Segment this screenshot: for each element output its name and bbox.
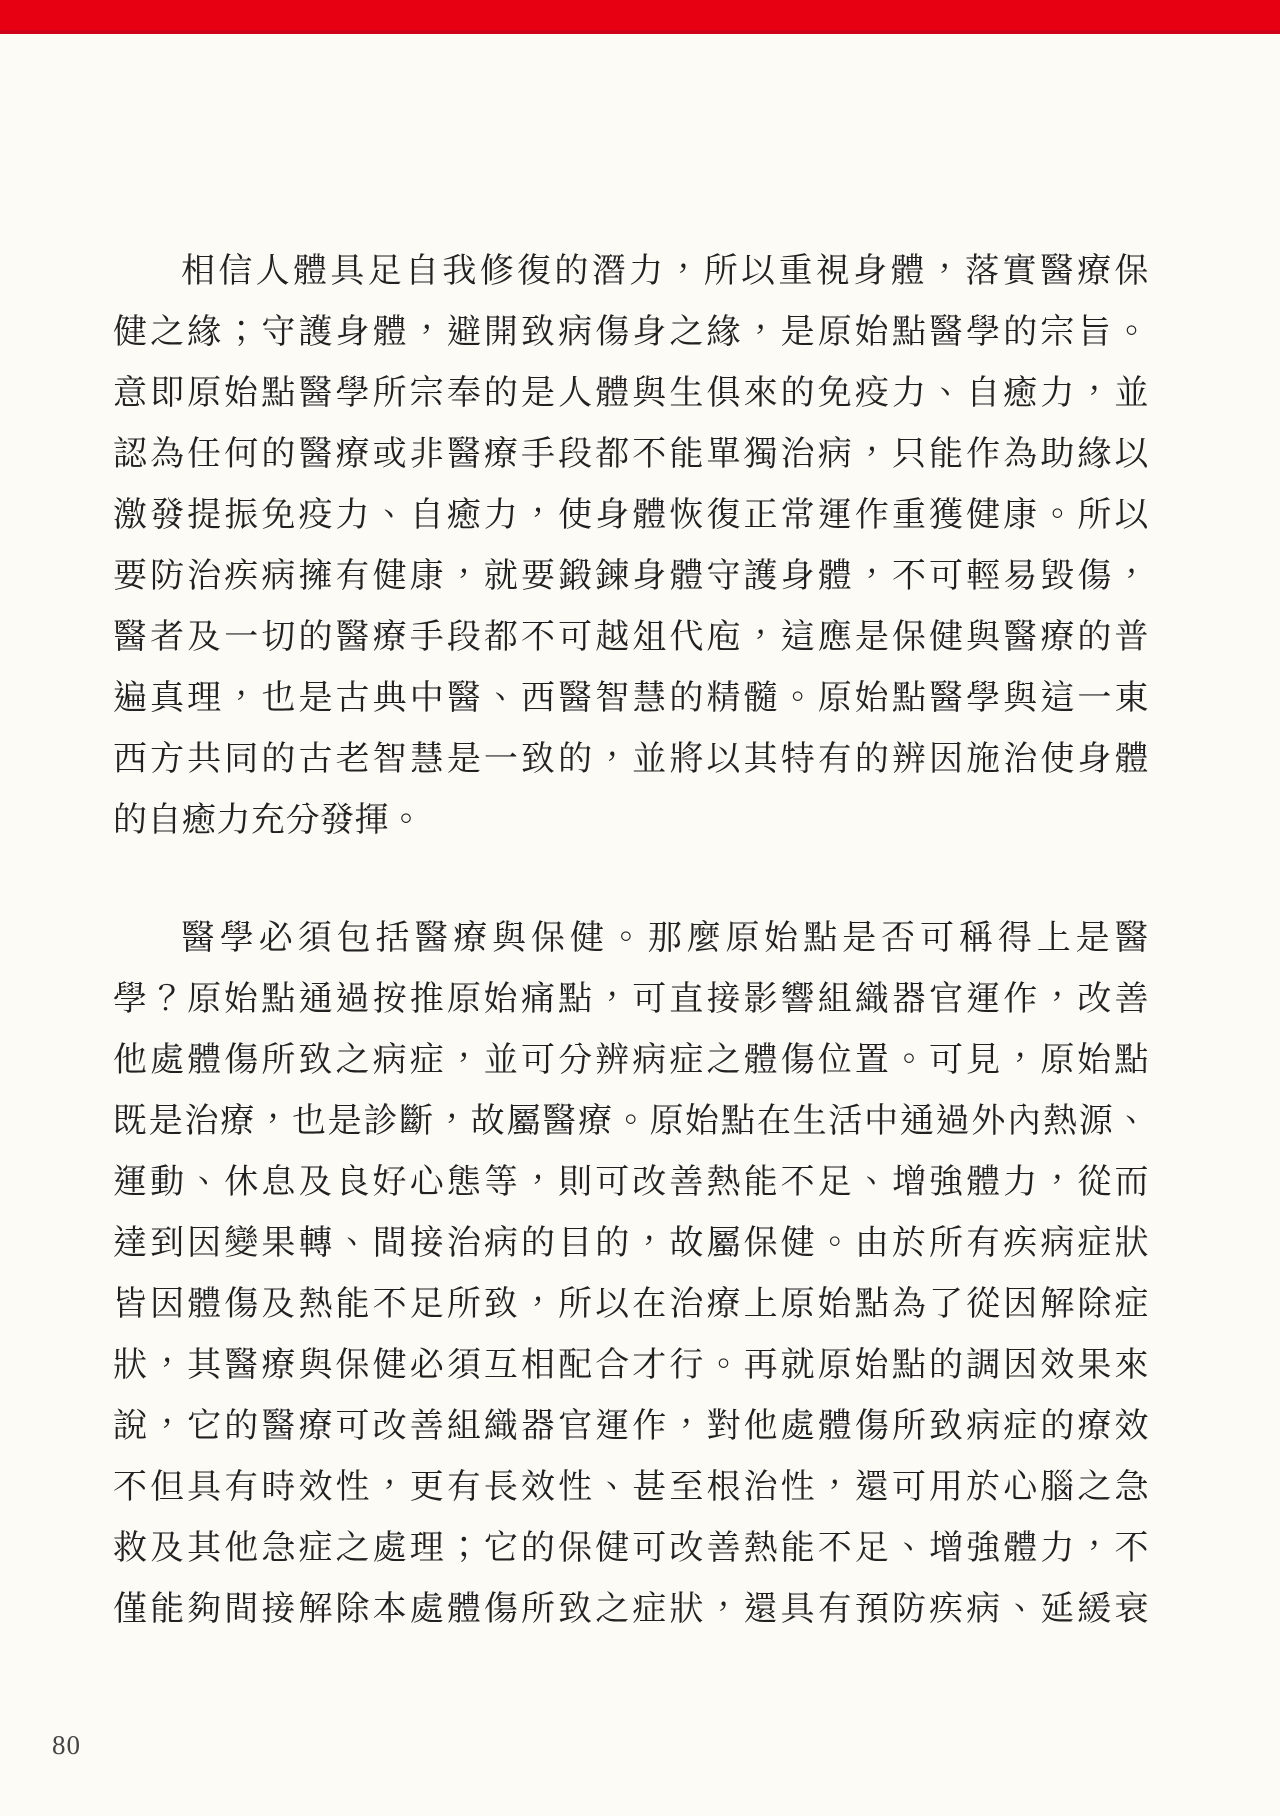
text-line: 救及其他急症之處理；它的保健可改善熱能不足、增強體力，不 (113, 1518, 1149, 1579)
text-line: 的自癒力充分發揮。 (113, 790, 1149, 851)
text-line: 醫學必須包括醫療與保健。那麼原始點是否可稱得上是醫 (113, 908, 1149, 969)
text-line: 不但具有時效性，更有長效性、甚至根治性，還可用於心腦之急 (113, 1457, 1149, 1518)
paragraph-1: 相信人體具足自我修復的潛力，所以重視身體，落實醫療保健之緣；守護身體，避開致病傷… (113, 241, 1149, 851)
text-line: 西方共同的古老智慧是一致的，並將以其特有的辨因施治使身體 (113, 729, 1149, 790)
page-content: 相信人體具足自我修復的潛力，所以重視身體，落實醫療保健之緣；守護身體，避開致病傷… (113, 241, 1149, 1640)
paragraph-2: 醫學必須包括醫療與保健。那麼原始點是否可稱得上是醫學？原始點通過按推原始痛點，可… (113, 908, 1149, 1640)
page-number: 80 (52, 1730, 81, 1761)
text-line: 遍真理，也是古典中醫、西醫智慧的精髓。原始點醫學與這一東 (113, 668, 1149, 729)
text-line: 健之緣；守護身體，避開致病傷身之緣，是原始點醫學的宗旨。 (113, 302, 1149, 363)
text-line: 意即原始點醫學所宗奉的是人體與生俱來的免疫力、自癒力，並 (113, 363, 1149, 424)
text-line: 要防治疾病擁有健康，就要鍛鍊身體守護身體，不可輕易毀傷， (113, 546, 1149, 607)
text-line: 醫者及一切的醫療手段都不可越俎代庖，這應是保健與醫療的普 (113, 607, 1149, 668)
text-line: 相信人體具足自我修復的潛力，所以重視身體，落實醫療保 (113, 241, 1149, 302)
text-line: 運動、休息及良好心態等，則可改善熱能不足、增強體力，從而 (113, 1152, 1149, 1213)
text-line: 說，它的醫療可改善組織器官運作，對他處體傷所致病症的療效 (113, 1396, 1149, 1457)
text-line: 狀，其醫療與保健必須互相配合才行。再就原始點的調因效果來 (113, 1335, 1149, 1396)
text-line: 學？原始點通過按推原始痛點，可直接影響組織器官運作，改善 (113, 969, 1149, 1030)
text-line: 認為任何的醫療或非醫療手段都不能單獨治病，只能作為助緣以 (113, 424, 1149, 485)
text-line: 激發提振免疫力、自癒力，使身體恢復正常運作重獲健康。所以 (113, 485, 1149, 546)
top-red-bar (0, 0, 1280, 34)
text-line: 皆因體傷及熱能不足所致，所以在治療上原始點為了從因解除症 (113, 1274, 1149, 1335)
text-line: 他處體傷所致之病症，並可分辨病症之體傷位置。可見，原始點 (113, 1030, 1149, 1091)
text-line: 僅能夠間接解除本處體傷所致之症狀，還具有預防疾病、延緩衰 (113, 1579, 1149, 1640)
text-line: 達到因變果轉、間接治病的目的，故屬保健。由於所有疾病症狀 (113, 1213, 1149, 1274)
text-line: 既是治療，也是診斷，故屬醫療。原始點在生活中通過外內熱源、 (113, 1091, 1149, 1152)
